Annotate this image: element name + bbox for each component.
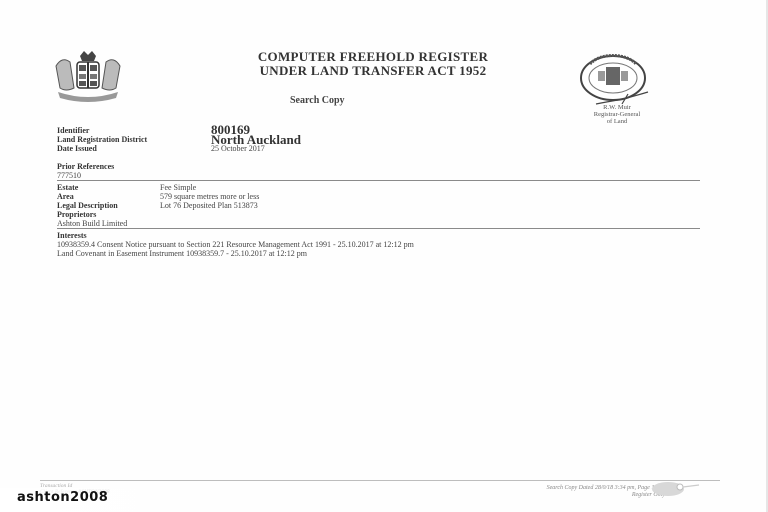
coat-of-arms-icon — [52, 48, 124, 104]
title-line-2: UNDER LAND TRANSFER ACT 1952 — [218, 64, 528, 78]
document-title: COMPUTER FREEHOLD REGISTER UNDER LAND TR… — [218, 50, 528, 78]
register-only: Register Only — [485, 492, 665, 499]
kiwi-watermark-icon — [650, 478, 700, 498]
registrar-title-2: of Land — [578, 118, 656, 125]
area-value: 579 square metres more or less — [160, 192, 259, 201]
legal-description-label: Legal Description — [57, 201, 118, 210]
legal-description-value: Lot 76 Deposited Plan 513873 — [160, 201, 258, 210]
district-label: Land Registration District — [57, 135, 147, 144]
divider — [57, 180, 700, 181]
footer-right: Search Copy Dated 28/0/18 3:34 pm, Page … — [485, 485, 665, 499]
estate-label: Estate — [57, 183, 78, 192]
interests-label: Interests — [57, 231, 87, 240]
proprietors-value: Ashton Build Limited — [57, 219, 127, 228]
identifier-label: Identifier — [57, 126, 89, 135]
username-watermark: ashton2008 — [0, 488, 317, 512]
interest-item: 10938359.4 Consent Notice pursuant to Se… — [57, 240, 414, 249]
proprietors-label: Proprietors — [57, 210, 96, 219]
search-copy-label: Search Copy — [290, 95, 345, 106]
date-issued-value: 25 October 2017 — [211, 144, 265, 153]
search-copy-dated: Search Copy Dated 28/0/18 3:34 pm, Page … — [485, 485, 665, 492]
prior-references-label: Prior References — [57, 162, 114, 171]
prior-references-value: 777510 — [57, 171, 81, 180]
registrar-block: R.W. Muir Registrar-General of Land — [578, 104, 656, 125]
estate-value: Fee Simple — [160, 183, 196, 192]
interest-item: Land Covenant in Easement Instrument 109… — [57, 249, 307, 258]
document-page: COMPUTER FREEHOLD REGISTER UNDER LAND TR… — [0, 0, 768, 512]
date-issued-label: Date Issued — [57, 144, 97, 153]
area-label: Area — [57, 192, 74, 201]
registrar-name: R.W. Muir — [578, 104, 656, 111]
title-line-1: COMPUTER FREEHOLD REGISTER — [218, 50, 528, 64]
divider — [57, 228, 700, 229]
footer-divider — [40, 480, 720, 481]
registrar-title-1: Registrar-General — [578, 111, 656, 118]
